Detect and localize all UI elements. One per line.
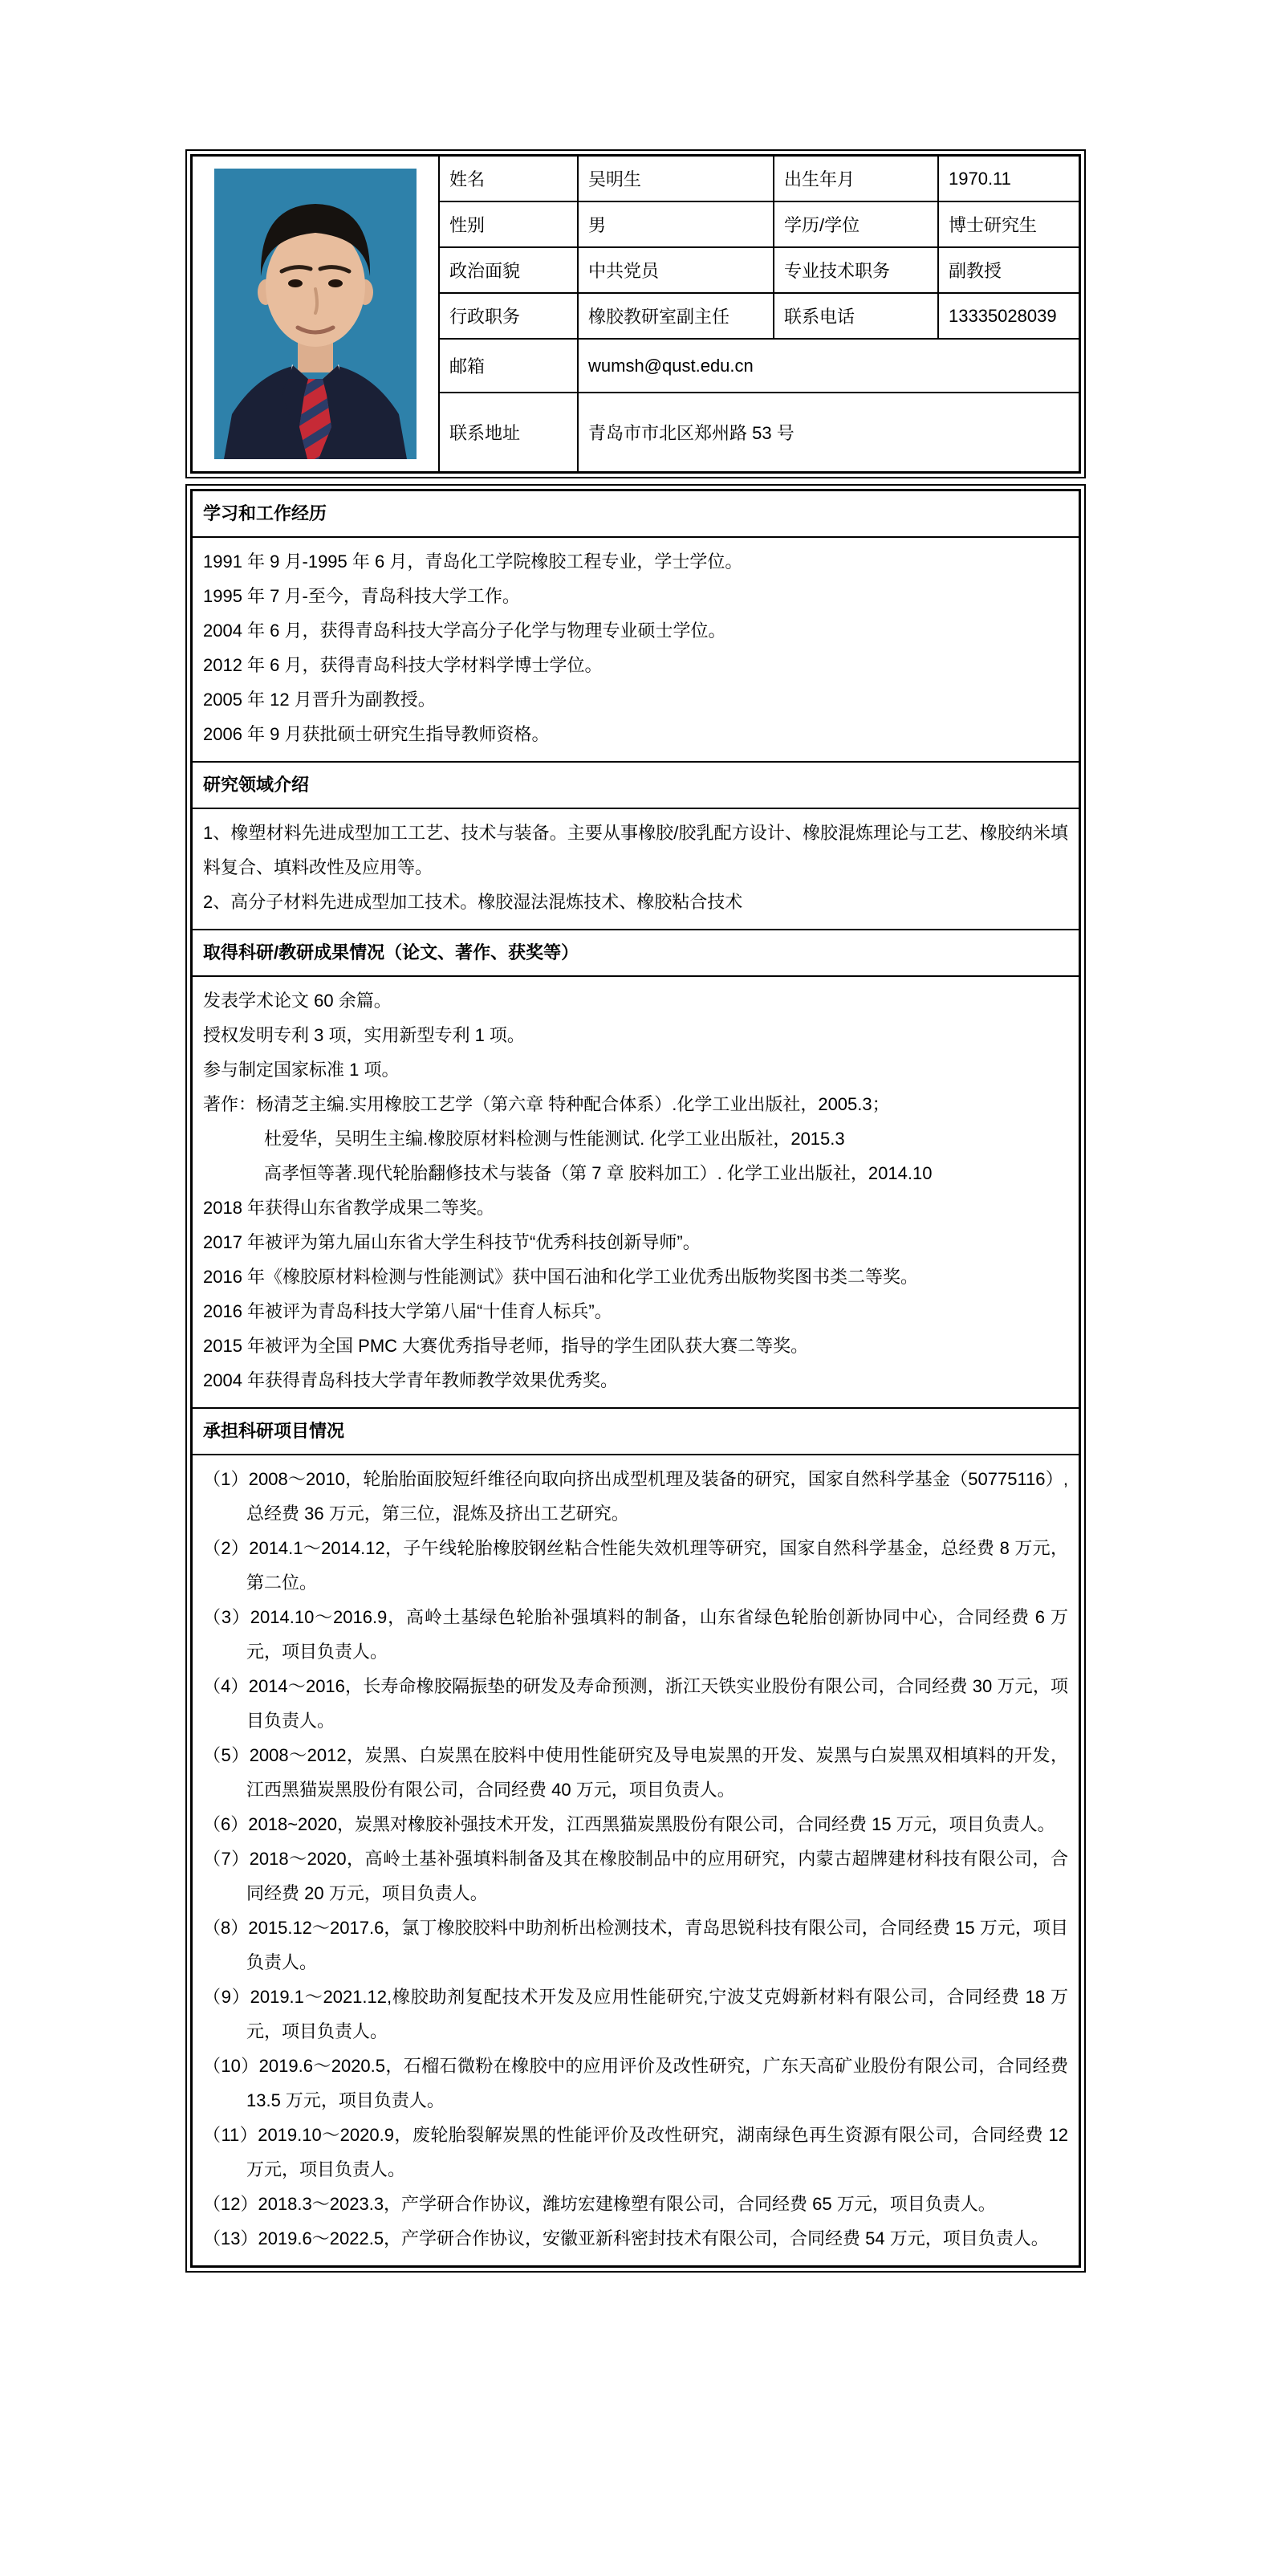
research-area-paragraph: 1、橡塑材料先进成型加工工艺、技术与装备。主要从事橡胶/胶乳配方设计、橡胶混炼理… <box>203 816 1068 885</box>
section-projects: 承担科研项目情况 （1）2008～2010，轮胎胎面胶短纤维径向取向挤出成型机理… <box>193 1407 1079 2265</box>
sections-table: 学习和工作经历 1991 年 9 月-1995 年 6 月，青岛化工学院橡胶工程… <box>190 489 1081 2268</box>
experience-list: 1991 年 9 月-1995 年 6 月，青岛化工学院橡胶工程专业，学士学位。… <box>193 538 1079 761</box>
section-header: 研究领域介绍 <box>193 763 1079 809</box>
field-value: 博士研究生 <box>937 202 1079 246</box>
achievement-line: 2004 年获得青岛科技大学青年教师教学效果优秀奖。 <box>203 1363 1068 1398</box>
achievement-line: 2016 年《橡胶原材料检测与性能测试》获中国石油和化学工业优秀出版物奖图书类二… <box>203 1260 1068 1294</box>
email-value: wumsh@qust.edu.cn <box>577 340 1079 392</box>
profile-row: 政治面貌 中共党员 专业技术职务 副教授 <box>440 246 1079 292</box>
section-experience: 学习和工作经历 1991 年 9 月-1995 年 6 月，青岛化工学院橡胶工程… <box>193 491 1079 761</box>
project-item: （3）2014.10～2016.9，高岭土基绿色轮胎补强填料的制备，山东省绿色轮… <box>203 1600 1068 1669</box>
field-value: 1970.11 <box>937 157 1079 201</box>
projects-list: （1）2008～2010，轮胎胎面胶短纤维径向取向挤出成型机理及装备的研究，国家… <box>193 1455 1079 2265</box>
field-value: 13335028039 <box>937 294 1079 338</box>
field-value: 橡胶教研室副主任 <box>577 294 773 338</box>
profile-row: 性别 男 学历/学位 博士研究生 <box>440 201 1079 246</box>
project-item: （10）2019.6～2020.5，石榴石微粉在橡胶中的应用评价及改性研究，广东… <box>203 2049 1068 2118</box>
experience-line: 2005 年 12 月晋升为副教授。 <box>203 682 1068 717</box>
email-row: 邮箱 wumsh@qust.edu.cn <box>440 338 1079 392</box>
profile-rows: 姓名 吴明生 出生年月 1970.11 性别 男 学历/学位 博士研究生 <box>440 157 1079 338</box>
project-item: （9）2019.1～2021.12,橡胶助剂复配技术开发及应用性能研究,宁波艾克… <box>203 1980 1068 2049</box>
section-research-areas: 研究领域介绍 1、橡塑材料先进成型加工工艺、技术与装备。主要从事橡胶/胶乳配方设… <box>193 761 1079 929</box>
achievement-line: 授权发明专利 3 项，实用新型专利 1 项。 <box>203 1018 1068 1052</box>
achievement-line: 高孝恒等著.现代轮胎翻修技术与装备（第 7 章 胶料加工）. 化学工业出版社，2… <box>203 1156 1068 1190</box>
achievement-line: 参与制定国家标准 1 项。 <box>203 1052 1068 1087</box>
profile-photo <box>193 157 440 471</box>
address-value: 青岛市市北区郑州路 53 号 <box>577 393 1079 471</box>
field-label: 行政职务 <box>440 294 577 338</box>
field-value: 中共党员 <box>577 248 773 292</box>
address-row: 联系地址 青岛市市北区郑州路 53 号 <box>440 392 1079 471</box>
research-area-paragraph: 2、高分子材料先进成型加工技术。橡胶湿法混炼技术、橡胶粘合技术 <box>203 885 1068 919</box>
field-label: 姓名 <box>440 157 577 201</box>
achievement-line: 著作：杨清芝主编.实用橡胶工艺学（第六章 特种配合体系）.化学工业出版社，200… <box>203 1087 1068 1121</box>
project-item: （11）2019.10～2020.9，废轮胎裂解炭黑的性能评价及改性研究，湖南绿… <box>203 2118 1068 2187</box>
experience-line: 2006 年 9 月获批硕士研究生指导教师资格。 <box>203 717 1068 751</box>
field-label: 学历/学位 <box>773 202 937 246</box>
project-item: （2）2014.1～2014.12，子午线轮胎橡胶钢丝粘合性能失效机理等研究，国… <box>203 1531 1068 1600</box>
profile-fields: 姓名 吴明生 出生年月 1970.11 性别 男 学历/学位 博士研究生 <box>440 157 1079 471</box>
portrait-illustration <box>214 169 417 459</box>
field-label: 出生年月 <box>773 157 937 201</box>
project-item: （7）2018～2020，高岭土基补强填料制备及其在橡胶制品中的应用研究，内蒙古… <box>203 1841 1068 1911</box>
project-item: （6）2018~2020，炭黑对橡胶补强技术开发，江西黑猫炭黑股份有限公司，合同… <box>203 1807 1068 1841</box>
profile-table: 姓名 吴明生 出生年月 1970.11 性别 男 学历/学位 博士研究生 <box>190 154 1081 474</box>
profile-table-frame: 姓名 吴明生 出生年月 1970.11 性别 男 学历/学位 博士研究生 <box>185 149 1086 478</box>
research-areas-list: 1、橡塑材料先进成型加工工艺、技术与装备。主要从事橡胶/胶乳配方设计、橡胶混炼理… <box>193 809 1079 929</box>
section-achievements: 取得科研/教研成果情况（论文、著作、获奖等） 发表学术论文 60 余篇。 授权发… <box>193 929 1079 1407</box>
experience-line: 1991 年 9 月-1995 年 6 月，青岛化工学院橡胶工程专业，学士学位。 <box>203 544 1068 579</box>
project-item: （13）2019.6～2022.5，产学研合作协议，安徽亚新科密封技术有限公司，… <box>203 2221 1068 2256</box>
experience-line: 1995 年 7 月-至今，青岛科技大学工作。 <box>203 579 1068 613</box>
field-value: 吴明生 <box>577 157 773 201</box>
field-value: 男 <box>577 202 773 246</box>
achievement-line: 发表学术论文 60 余篇。 <box>203 983 1068 1018</box>
project-item: （4）2014～2016，长寿命橡胶隔振垫的研发及寿命预测，浙江天铁实业股份有限… <box>203 1669 1068 1738</box>
achievement-line: 2018 年获得山东省教学成果二等奖。 <box>203 1190 1068 1225</box>
section-header: 承担科研项目情况 <box>193 1409 1079 1455</box>
field-value: 副教授 <box>937 248 1079 292</box>
cv-document: 姓名 吴明生 出生年月 1970.11 性别 男 学历/学位 博士研究生 <box>185 149 1086 2273</box>
address-label: 联系地址 <box>440 393 577 471</box>
experience-line: 2004 年 6 月，获得青岛科技大学高分子化学与物理专业硕士学位。 <box>203 613 1068 648</box>
experience-line: 2012 年 6 月，获得青岛科技大学材料学博士学位。 <box>203 648 1068 682</box>
project-item: （1）2008～2010，轮胎胎面胶短纤维径向取向挤出成型机理及装备的研究，国家… <box>203 1462 1068 1531</box>
project-item: （8）2015.12～2017.6，氯丁橡胶胶料中助剂析出检测技术，青岛思锐科技… <box>203 1911 1068 1980</box>
sections-table-frame: 学习和工作经历 1991 年 9 月-1995 年 6 月，青岛化工学院橡胶工程… <box>185 484 1086 2273</box>
achievement-line: 2016 年被评为青岛科技大学第八届“十佳育人标兵”。 <box>203 1294 1068 1329</box>
project-item: （5）2008～2012，炭黑、白炭黑在胶料中使用性能研究及导电炭黑的开发、炭黑… <box>203 1738 1068 1807</box>
section-header: 学习和工作经历 <box>193 491 1079 538</box>
achievement-line: 2017 年被评为第九届山东省大学生科技节“优秀科技创新导师”。 <box>203 1225 1068 1260</box>
field-label: 联系电话 <box>773 294 937 338</box>
email-label: 邮箱 <box>440 340 577 392</box>
achievements-list: 发表学术论文 60 余篇。 授权发明专利 3 项，实用新型专利 1 项。 参与制… <box>193 977 1079 1407</box>
field-label: 性别 <box>440 202 577 246</box>
achievement-line: 2015 年被评为全国 PMC 大赛优秀指导老师，指导的学生团队获大赛二等奖。 <box>203 1329 1068 1363</box>
profile-row: 行政职务 橡胶教研室副主任 联系电话 13335028039 <box>440 292 1079 338</box>
field-label: 政治面貌 <box>440 248 577 292</box>
profile-row: 姓名 吴明生 出生年月 1970.11 <box>440 157 1079 201</box>
achievement-line: 杜爱华，吴明生主编.橡胶原材料检测与性能测试. 化学工业出版社，2015.3 <box>203 1121 1068 1156</box>
section-header: 取得科研/教研成果情况（论文、著作、获奖等） <box>193 930 1079 977</box>
project-item: （12）2018.3～2023.3，产学研合作协议，潍坊宏建橡塑有限公司，合同经… <box>203 2187 1068 2221</box>
field-label: 专业技术职务 <box>773 248 937 292</box>
